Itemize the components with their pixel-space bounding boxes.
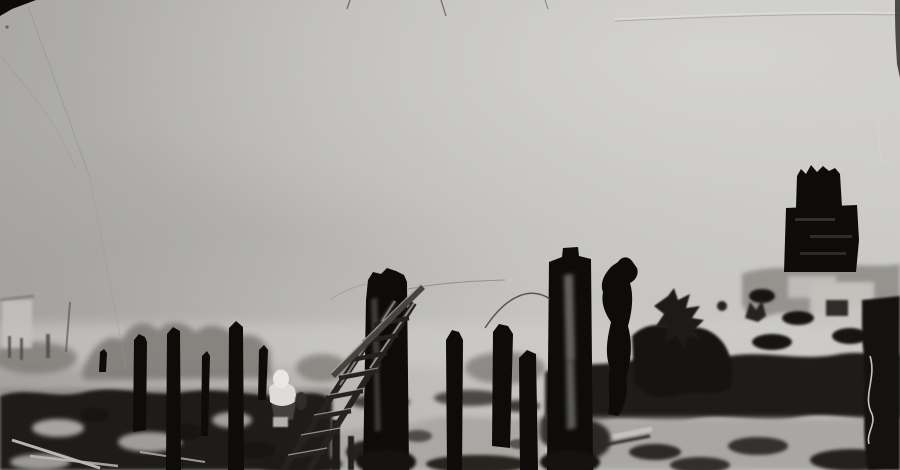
- ruined-wall-left: [2, 300, 32, 348]
- speck: [5, 25, 8, 28]
- drooping-wire: [485, 293, 550, 328]
- rubble-blotch: [752, 334, 792, 350]
- post-stub: [99, 349, 107, 372]
- chimney-body: [784, 205, 859, 272]
- figure-bundle: [295, 392, 307, 410]
- light-wall-patch: [788, 276, 836, 298]
- ash-patch: [32, 419, 84, 437]
- brick-course-highlight: [800, 252, 846, 255]
- post-4: [228, 321, 244, 470]
- post-7: [492, 324, 513, 448]
- debris-blob: [728, 437, 788, 455]
- top-right-sliver: [895, 0, 900, 78]
- post-2: [166, 327, 181, 470]
- right-edge-shadow: [862, 296, 900, 470]
- rubble-blotch: [782, 311, 814, 325]
- post-8: [519, 350, 538, 470]
- ruined-roofline: [0, 296, 34, 300]
- bush-tuft: [717, 301, 727, 311]
- figure-legs: [273, 417, 288, 427]
- chimney-top: [796, 165, 842, 208]
- crease-diagonal-right: [735, 42, 888, 118]
- top-edge-nick: [441, 0, 446, 16]
- crease-topleft: [28, 6, 90, 178]
- photo-canvas: [0, 0, 900, 470]
- edge-dark-mass: [862, 296, 900, 470]
- post-6: [446, 330, 463, 470]
- crease-vertical-right: [877, 110, 881, 164]
- top-edge-nick: [545, 0, 548, 9]
- crease-left-soft: [2, 58, 76, 170]
- fence-remnant: [20, 338, 23, 360]
- fence-remnant: [8, 336, 11, 358]
- right-bushes: [632, 288, 732, 397]
- wires: [330, 280, 550, 328]
- brick-course-highlight: [795, 218, 835, 221]
- fence-remnant: [46, 334, 50, 358]
- debris-blob: [629, 444, 681, 460]
- brick-chimney: [784, 165, 859, 272]
- figure-kerchief-head: [273, 370, 289, 389]
- post-1: [133, 334, 147, 432]
- brick-course-highlight: [810, 235, 852, 238]
- wall-opening: [826, 300, 848, 316]
- debris-bar: [348, 436, 354, 470]
- debris-blob: [81, 408, 109, 422]
- faint-wire: [330, 284, 366, 300]
- burned-village-photograph: [0, 0, 900, 470]
- top-edge-nick: [347, 0, 350, 9]
